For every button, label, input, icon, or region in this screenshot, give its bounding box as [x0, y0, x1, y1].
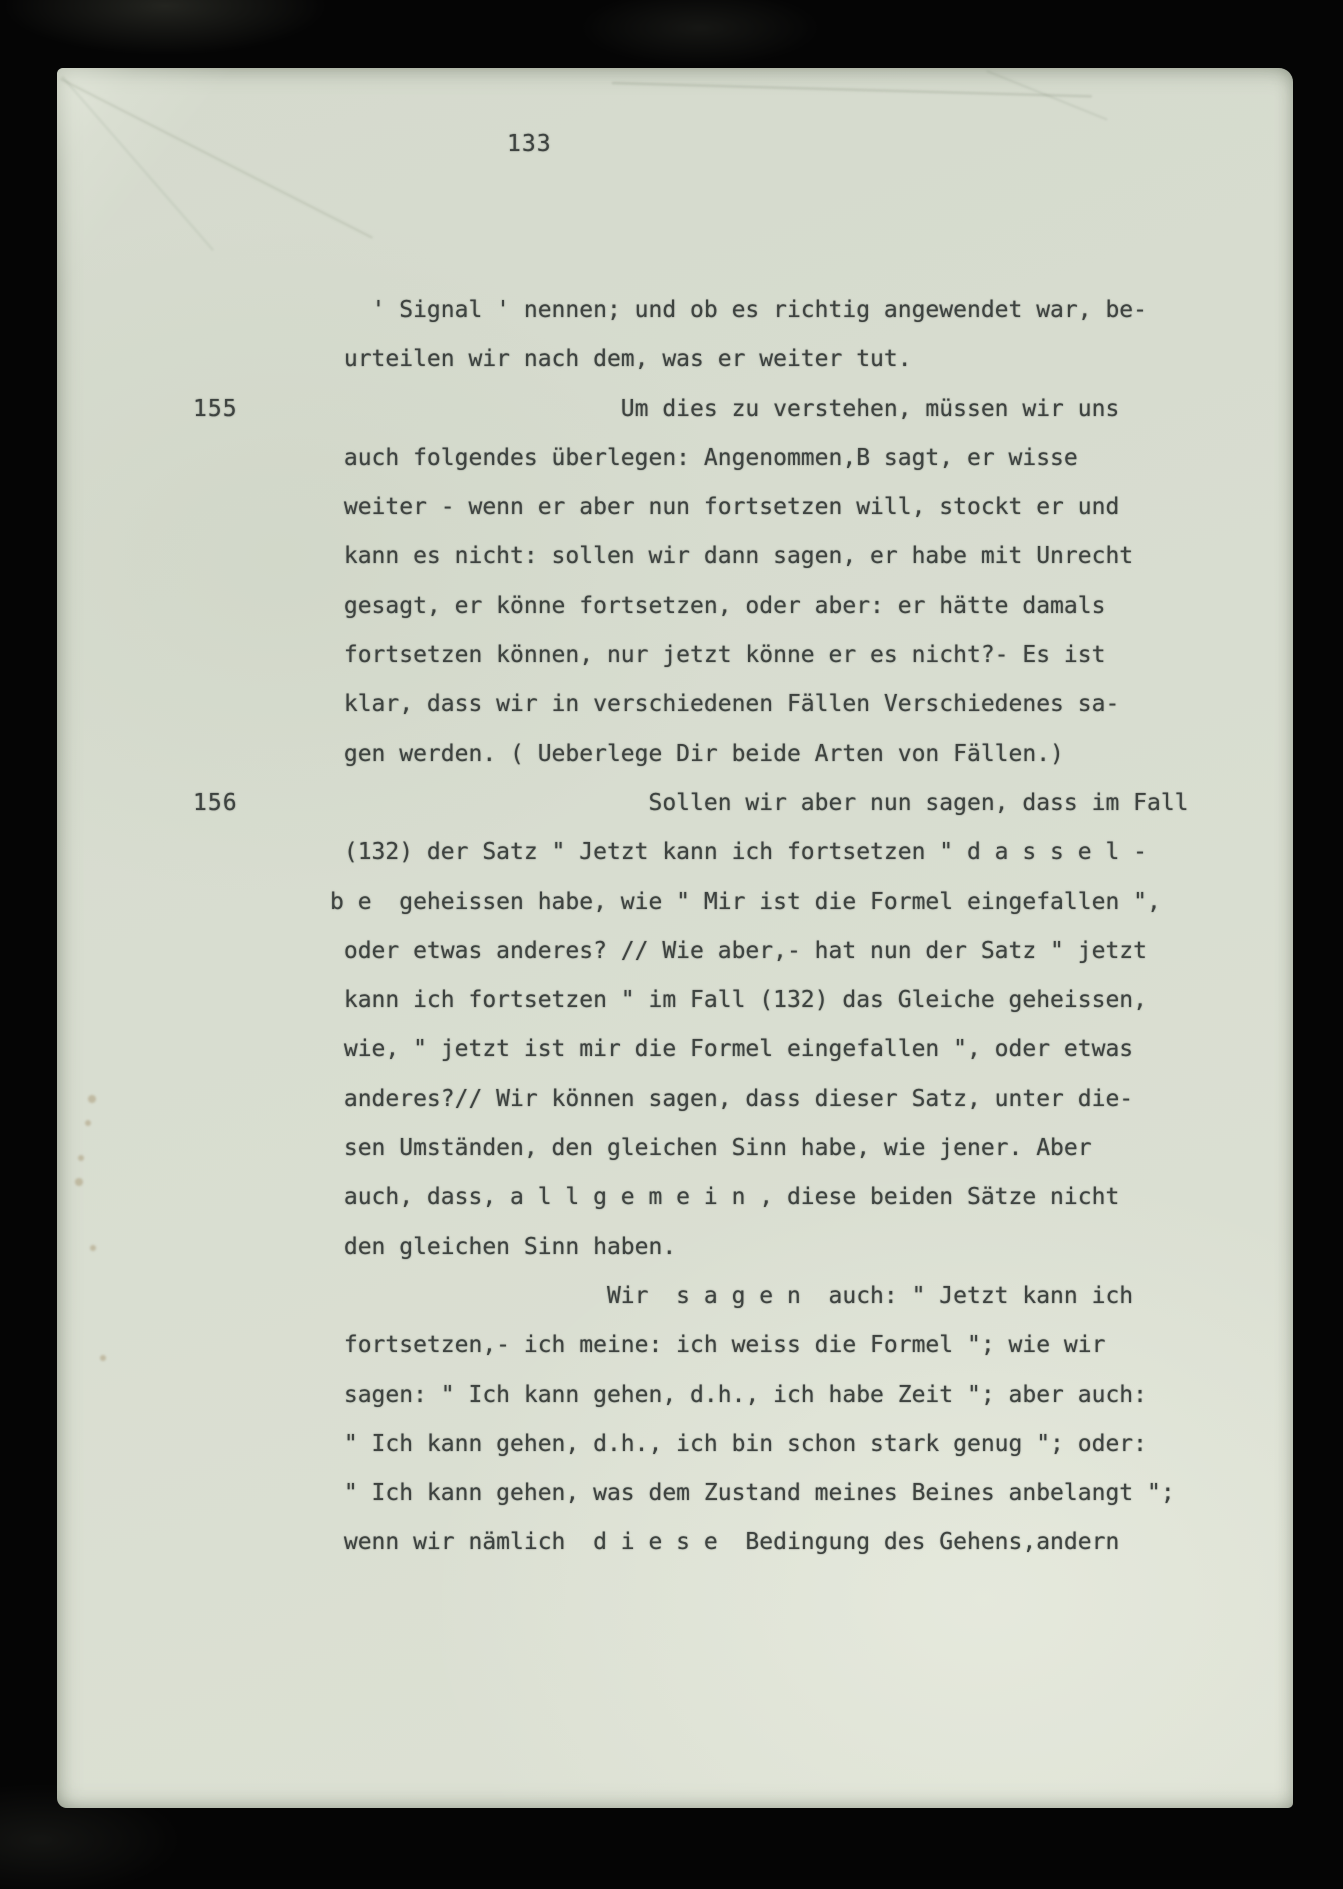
typewritten-line: ' Signal ' nennen; und ob es richtig ang…	[330, 286, 1210, 335]
page-number: 133	[507, 130, 552, 158]
typewritten-line: kann ich fortsetzen " im Fall (132) das …	[330, 976, 1210, 1025]
typewritten-line: (132) der Satz " Jetzt kann ich fortsetz…	[330, 828, 1210, 877]
typewritten-line: auch, dass, a l l g e m e i n , diese be…	[330, 1173, 1210, 1222]
foxing-stain	[100, 1355, 106, 1361]
typewritten-line: gen werden. ( Ueberlege Dir beide Arten …	[330, 730, 1210, 779]
typewritten-line: klar, dass wir in verschiedenen Fällen V…	[330, 680, 1210, 729]
typewritten-line: sen Umständen, den gleichen Sinn habe, w…	[330, 1124, 1210, 1173]
typewritten-line: oder etwas anderes? // Wie aber,- hat nu…	[330, 927, 1210, 976]
typewritten-line: auch folgendes überlegen: Angenommen,B s…	[330, 434, 1210, 483]
typewritten-line: weiter - wenn er aber nun fortsetzen wil…	[330, 483, 1210, 532]
typewritten-line: sagen: " Ich kann gehen, d.h., ich habe …	[330, 1371, 1210, 1420]
typewritten-line: wenn wir nämlich d i e s e Bedingung des…	[330, 1518, 1210, 1567]
paper-crease	[60, 78, 373, 239]
typewritten-line: fortsetzen,- ich meine: ich weiss die Fo…	[330, 1321, 1210, 1370]
typewritten-line: Wir s a g e n auch: " Jetzt kann ich	[330, 1272, 1210, 1321]
paper-sheet: 133 ' Signal ' nennen; und ob es richtig…	[57, 68, 1293, 1808]
typewritten-line: Sollen wir aber nun sagen, dass im Fall	[330, 779, 1210, 828]
text-block: ' Signal ' nennen; und ob es richtig ang…	[330, 286, 1210, 1568]
foxing-stain	[75, 1178, 83, 1186]
paper-crease	[986, 70, 1107, 121]
typewritten-line: b e geheissen habe, wie " Mir ist die Fo…	[330, 878, 1210, 927]
typewritten-line: gesagt, er könne fortsetzen, oder aber: …	[330, 582, 1210, 631]
margin-section-number: 156	[193, 788, 238, 818]
margin-section-number: 155	[193, 394, 238, 424]
paper-crease	[612, 82, 1092, 97]
foxing-stain	[88, 1095, 96, 1103]
typewritten-line: Um dies zu verstehen, müssen wir uns	[330, 385, 1210, 434]
typewritten-line: " Ich kann gehen, was dem Zustand meines…	[330, 1469, 1210, 1518]
foxing-stain	[90, 1245, 96, 1251]
typewritten-line: urteilen wir nach dem, was er weiter tut…	[330, 335, 1210, 384]
typewritten-line: kann es nicht: sollen wir dann sagen, er…	[330, 532, 1210, 581]
typewritten-line: anderes?// Wir können sagen, dass dieser…	[330, 1075, 1210, 1124]
typewritten-line: wie, " jetzt ist mir die Formel eingefal…	[330, 1025, 1210, 1074]
typewritten-line: den gleichen Sinn haben.	[330, 1223, 1210, 1272]
foxing-stain	[78, 1155, 84, 1161]
foxing-stain	[85, 1120, 91, 1126]
typewritten-line: fortsetzen können, nur jetzt könne er es…	[330, 631, 1210, 680]
typewritten-line: " Ich kann gehen, d.h., ich bin schon st…	[330, 1420, 1210, 1469]
photo-backdrop: { "colors": { "backdrop": "#050505", "pa…	[0, 0, 1343, 1889]
paper-crease	[61, 76, 213, 251]
